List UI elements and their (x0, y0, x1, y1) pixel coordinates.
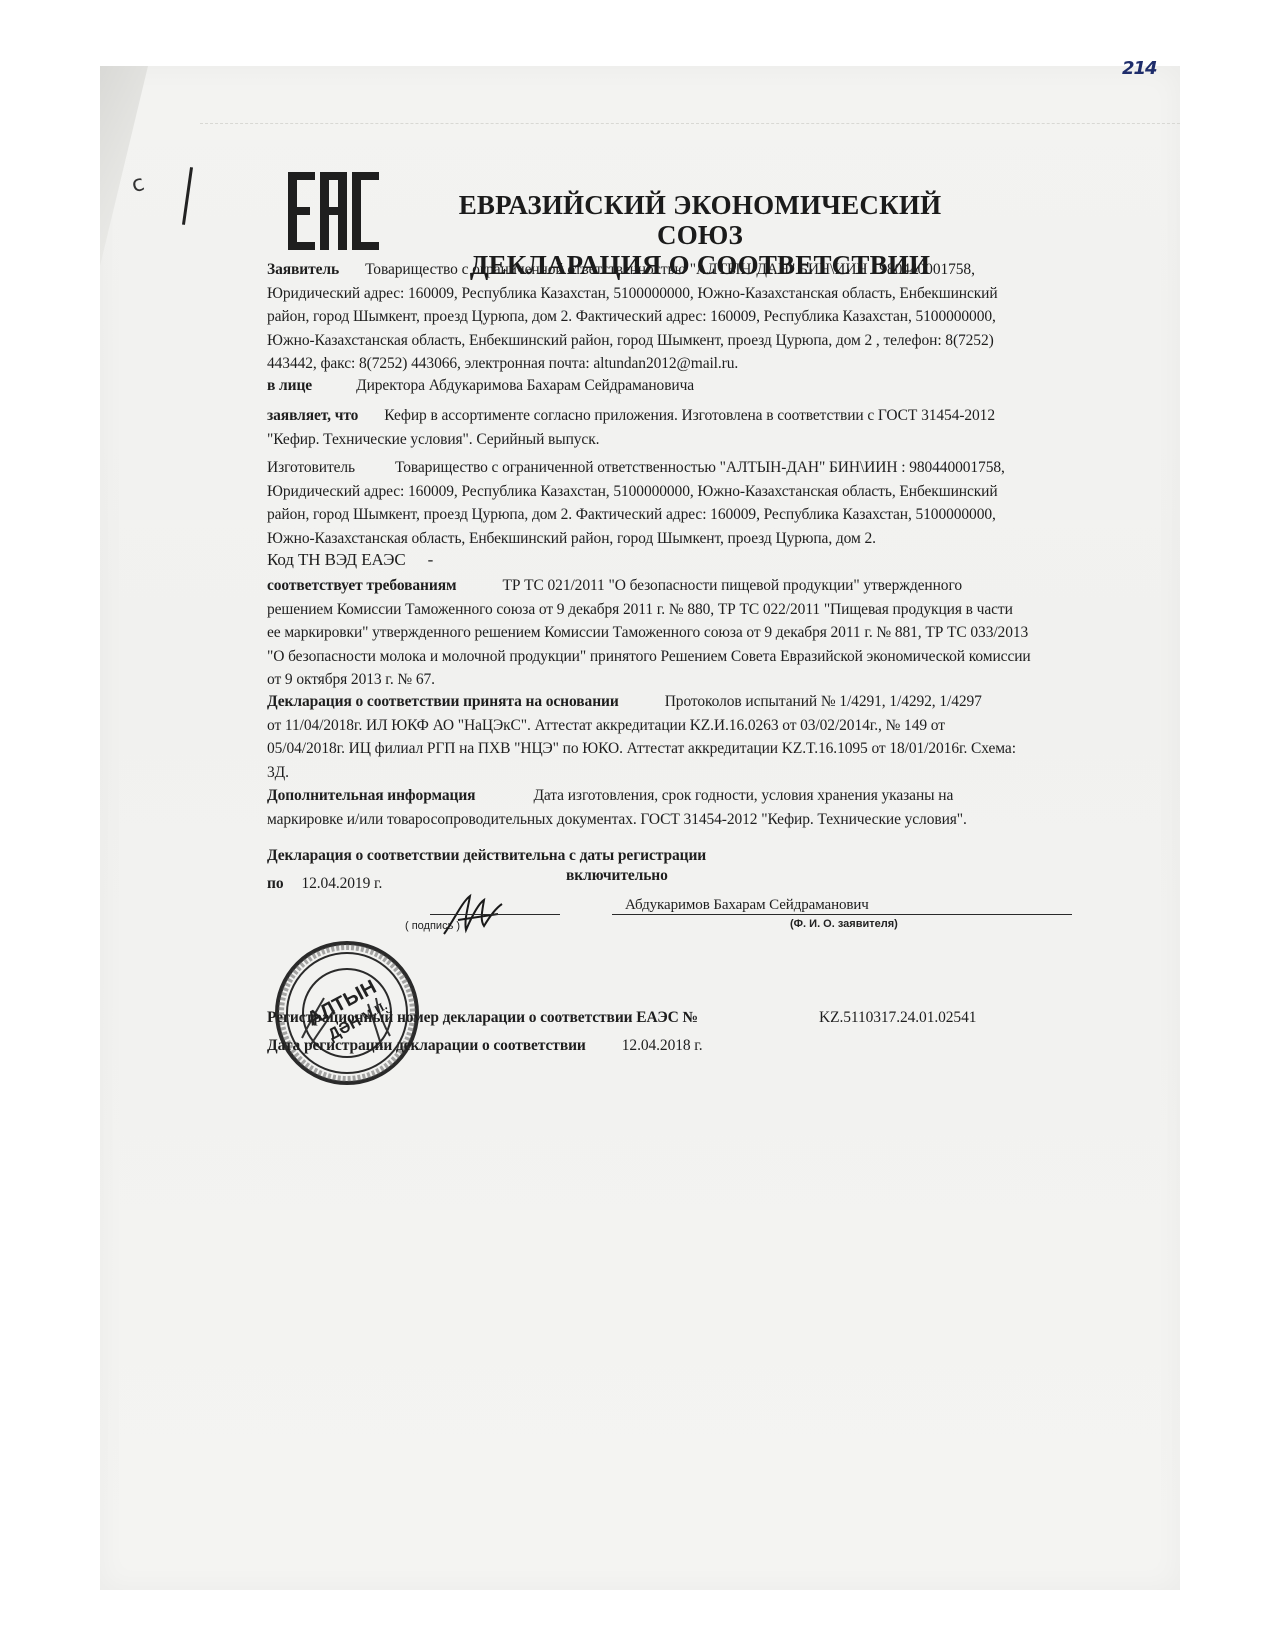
basis-line: 3Д. (267, 761, 1067, 785)
registration-date-value: 12.04.2018 г. (622, 1037, 703, 1054)
applicant-line: Южно-Казахстанская область, Енбекшинский… (267, 329, 1067, 353)
additional-info-line: Дата изготовления, срок годности, услови… (533, 787, 953, 804)
declares-label: заявляет, что (267, 407, 358, 424)
registration-date-row: Дата регистрации декларации о соответств… (267, 1034, 1067, 1058)
registration-number-value: KZ.5110317.24.01.02541 (819, 1006, 976, 1030)
declares-section: заявляет, чтоКефир в ассортименте соглас… (267, 404, 1067, 451)
validity-inclusive: включительно (566, 867, 668, 884)
declares-line: "Кефир. Технические условия". Серийный в… (267, 428, 1067, 452)
handwritten-page-number: 214 (1122, 58, 1157, 79)
eac-letter-e (288, 172, 315, 250)
manufacturer-line: Товарищество с ограниченной ответственно… (395, 459, 1005, 476)
applicant-name-caption: (Ф. И. О. заявителя) (790, 918, 898, 930)
manufacturer-line: Южно-Казахстанская область, Енбекшинский… (267, 527, 1067, 551)
requirements-label: соответствует требованиям (267, 577, 456, 594)
basis-line: от 11/04/2018г. ИЛ ЮКФ АО "НаЦЭкС". Атте… (267, 714, 1067, 738)
validity-to-date: 12.04.2019 г. (301, 875, 382, 892)
validity-to-label: по (267, 875, 283, 892)
represented-by-section: в лицеДиректора Абдукаримова Бахарам Сей… (267, 374, 1067, 398)
manufacturer-line: Юридический адрес: 160009, Республика Ка… (267, 480, 1067, 504)
applicant-name: Абдукаримов Бахарам Сейдраманович (625, 897, 869, 913)
applicant-name-line (612, 914, 1072, 915)
eac-letter-a (320, 172, 347, 250)
basis-line: 05/04/2018г. ИЦ филиал РГП на ПХВ "НЦЭ" … (267, 737, 1067, 761)
basis-label: Декларация о соответствии принята на осн… (267, 693, 619, 710)
eac-letter-c (352, 172, 379, 250)
applicant-line: 443442, факс: 8(7252) 443066, электронна… (267, 352, 1067, 376)
signature-caption: ( подпись ) (405, 920, 460, 932)
requirements-section: соответствует требованиямТР ТС 021/2011 … (267, 574, 1067, 692)
manufacturer-line: район, город Шымкент, проезд Цурюпа, дом… (267, 503, 1067, 527)
registration-number-row: Регистрационный номер декларации о соотв… (267, 1006, 1127, 1030)
header-union-title: ЕВРАЗИЙСКИЙ ЭКОНОМИЧЕСКИЙ СОЮЗ (420, 190, 980, 250)
applicant-line: район, город Шымкент, проезд Цурюпа, дом… (267, 305, 1067, 329)
applicant-line: Товарищество с ограниченной ответственно… (365, 261, 975, 278)
validity-inclusive-row: включительно (566, 864, 766, 888)
requirements-line: от 9 октября 2013 г. № 67. (267, 668, 1067, 692)
tn-ved-section: Код ТН ВЭД ЕАЭС- (267, 548, 1067, 572)
basis-section: Декларация о соответствии принята на осн… (267, 690, 1067, 784)
handwritten-signature (440, 890, 510, 940)
signature-line (430, 914, 560, 915)
requirements-line: ТР ТС 021/2011 "О безопасности пищевой п… (502, 577, 962, 594)
declares-line: Кефир в ассортименте согласно приложения… (384, 407, 995, 424)
tn-ved-value: - (428, 550, 434, 569)
represented-by-value: Директора Абдукаримова Бахарам Сейдраман… (356, 377, 694, 394)
applicant-line: Юридический адрес: 160009, Республика Ка… (267, 282, 1067, 306)
requirements-line: решением Комиссии Таможенного союза от 9… (267, 598, 1067, 622)
requirements-line: ее маркировки" утвержденного решением Ко… (267, 621, 1067, 645)
manufacturer-label: Изготовитель (267, 459, 355, 476)
additional-info-line: маркировке и/или товаросопроводительных … (267, 808, 1067, 832)
registration-number-label: Регистрационный номер декларации о соотв… (267, 1009, 698, 1026)
represented-by-label: в лице (267, 377, 312, 394)
registration-date-label: Дата регистрации декларации о соответств… (267, 1037, 586, 1054)
additional-info-section: Дополнительная информацияДата изготовлен… (267, 784, 1067, 831)
fold-line (200, 123, 1180, 124)
eac-logo (288, 172, 380, 250)
requirements-line: "О безопасности молока и молочной продук… (267, 645, 1067, 669)
tn-ved-label: Код ТН ВЭД ЕАЭС (267, 550, 406, 569)
manufacturer-section: ИзготовительТоварищество с ограниченной … (267, 456, 1067, 550)
applicant-section: ЗаявительТоварищество с ограниченной отв… (267, 258, 1067, 376)
basis-line: Протоколов испытаний № 1/4291, 1/4292, 1… (665, 693, 982, 710)
applicant-label: Заявитель (267, 261, 339, 278)
additional-info-label: Дополнительная информация (267, 787, 475, 804)
